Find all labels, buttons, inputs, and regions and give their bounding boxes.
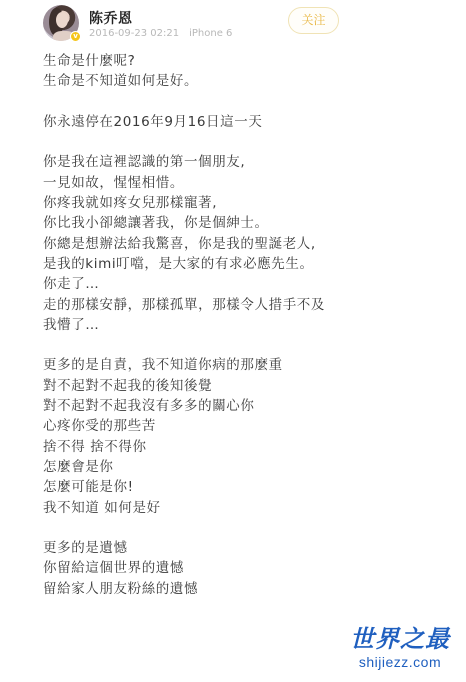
post-line: 一見如故，惺惺相惜。 xyxy=(43,173,443,193)
post-line: 走的那樣安靜，那樣孤單，那樣令人措手不及 xyxy=(43,295,443,315)
post-line: 我不知道 如何是好 xyxy=(43,498,443,518)
post-line: 你走了… xyxy=(43,274,443,294)
watermark-logo: 世界之最 shijiezz.com xyxy=(339,625,461,677)
post-line: 捨不得 捨不得你 xyxy=(43,437,443,457)
author-name[interactable]: 陈乔恩 xyxy=(89,8,133,28)
post-body: 生命是什麼呢? 生命是不知道如何是好。 你永遠停在2016年9月16日這一天 你… xyxy=(43,51,443,599)
blank-line xyxy=(43,132,443,152)
post-line: 更多的是遺憾 xyxy=(43,538,443,558)
post-line: 對不起對不起我的後知後覺 xyxy=(43,376,443,396)
watermark-title: 世界之最 xyxy=(339,625,461,653)
weibo-post-screenshot: v 陈乔恩 2016-09-23 02:21iPhone 6 关注 生命是什麼呢… xyxy=(0,0,466,682)
post-line: 你留給這個世界的遺憾 xyxy=(43,558,443,578)
blank-line xyxy=(43,92,443,112)
post-line: 心疼你受的那些苦 xyxy=(43,416,443,436)
watermark-domain: shijiezz.com xyxy=(339,653,461,671)
post-line: 對不起對不起我沒有多多的關心你 xyxy=(43,396,443,416)
blank-line xyxy=(43,335,443,355)
post-line: 更多的是自責，我不知道你病的那麼重 xyxy=(43,355,443,375)
follow-button[interactable]: 关注 xyxy=(288,7,339,34)
post-line: 生命是什麼呢? xyxy=(43,51,443,71)
post-meta: 2016-09-23 02:21iPhone 6 xyxy=(89,28,232,39)
post-source: iPhone 6 xyxy=(189,28,232,39)
verified-badge-icon: v xyxy=(70,31,81,42)
post-line: 我懵了… xyxy=(43,315,443,335)
post-line: 你總是想辦法給我驚喜，你是我的聖誕老人, xyxy=(43,234,443,254)
post-line: 生命是不知道如何是好。 xyxy=(43,71,443,91)
post-timestamp: 2016-09-23 02:21 xyxy=(89,28,179,39)
post-line: 怎麼可能是你! xyxy=(43,477,443,497)
avatar-face xyxy=(56,12,68,28)
post-header: v 陈乔恩 2016-09-23 02:21iPhone 6 关注 xyxy=(0,0,466,46)
post-line: 是我的kimi叮噹，是大家的有求必應先生。 xyxy=(43,254,443,274)
post-line: 你永遠停在2016年9月16日這一天 xyxy=(43,112,443,132)
post-line: 你疼我就如疼女兒那樣寵著, xyxy=(43,193,443,213)
post-line: 你是我在這裡認識的第一個朋友, xyxy=(43,152,443,172)
post-line: 留給家人朋友粉絲的遺憾 xyxy=(43,579,443,599)
post-line: 怎麼會是你 xyxy=(43,457,443,477)
post-line: 你比我小卻總讓著我，你是個紳士。 xyxy=(43,213,443,233)
blank-line xyxy=(43,518,443,538)
